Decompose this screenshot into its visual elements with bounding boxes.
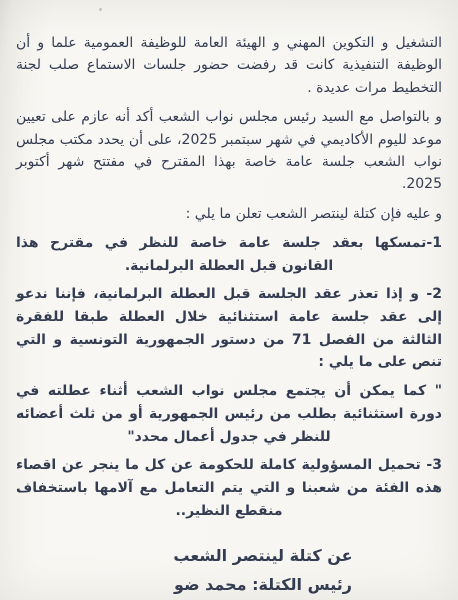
list-item-1: 1-تمسكها بعقد جلسة عامة خاصة للنظر في مق… — [16, 232, 442, 277]
list-item-2: 2- و إذا تعذر عقد الجلسة قبل العطلة البر… — [16, 283, 442, 374]
list-item-3: 3- تحميل المسؤولية كاملة للحكومة عن كل م… — [16, 454, 442, 522]
signature-bloc-name: عن كتلة لينتصر الشعب — [50, 542, 458, 571]
paragraph-intro-continuation: التشغيل و التكوين المهني و الهيئة العامة… — [16, 32, 442, 99]
constitution-article-quote: " كما يمكن أن يجتمع مجلس نواب الشعب أثنا… — [16, 380, 442, 448]
signature-block: عن كتلة لينتصر الشعب رئيس الكتلة: محمد ض… — [50, 542, 458, 600]
document-content: التشغيل و التكوين المهني و الهيئة العامة… — [0, 0, 458, 600]
signature-president-name: رئيس الكتلة: محمد ضو — [50, 571, 458, 600]
document-page: التشغيل و التكوين المهني و الهيئة العامة… — [0, 0, 458, 600]
paragraph-announcement: و عليه فإن كتلة لينتصر الشعب تعلن ما يلي… — [16, 203, 442, 225]
paragraph-speaker-contact: و بالتواصل مع السيد رئيس مجلس نواب الشعب… — [16, 106, 442, 196]
